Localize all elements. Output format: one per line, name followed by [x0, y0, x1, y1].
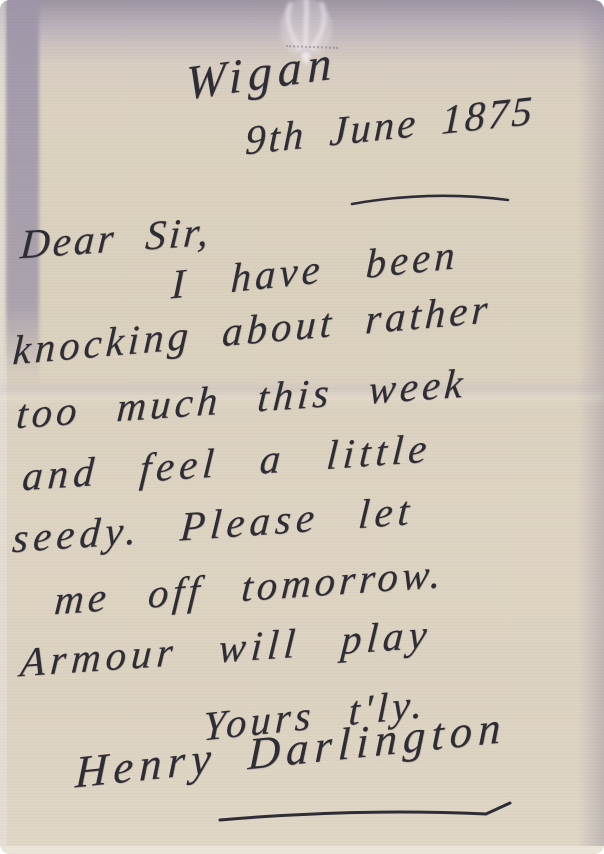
letter-date: 9th June 1875 — [244, 88, 535, 164]
scan-right-shadow — [578, 0, 604, 854]
letter-body-line: knocking about rather — [12, 286, 493, 373]
letter-body-line: and feel a little — [21, 425, 433, 499]
scan-bottom-edge — [0, 846, 604, 854]
date-underline-stroke — [350, 188, 512, 210]
letter-body-line: Armour will play — [19, 611, 433, 685]
letter-body-line: seedy. Please let — [11, 488, 416, 562]
signature-underline-stroke — [218, 800, 518, 828]
scanned-letter-image: Wigan 9th June 1875 Dear Sir, I have bee… — [0, 0, 604, 854]
letter-salutation: Dear Sir, — [19, 209, 213, 268]
letter-paper: Wigan 9th June 1875 Dear Sir, I have bee… — [0, 0, 604, 854]
